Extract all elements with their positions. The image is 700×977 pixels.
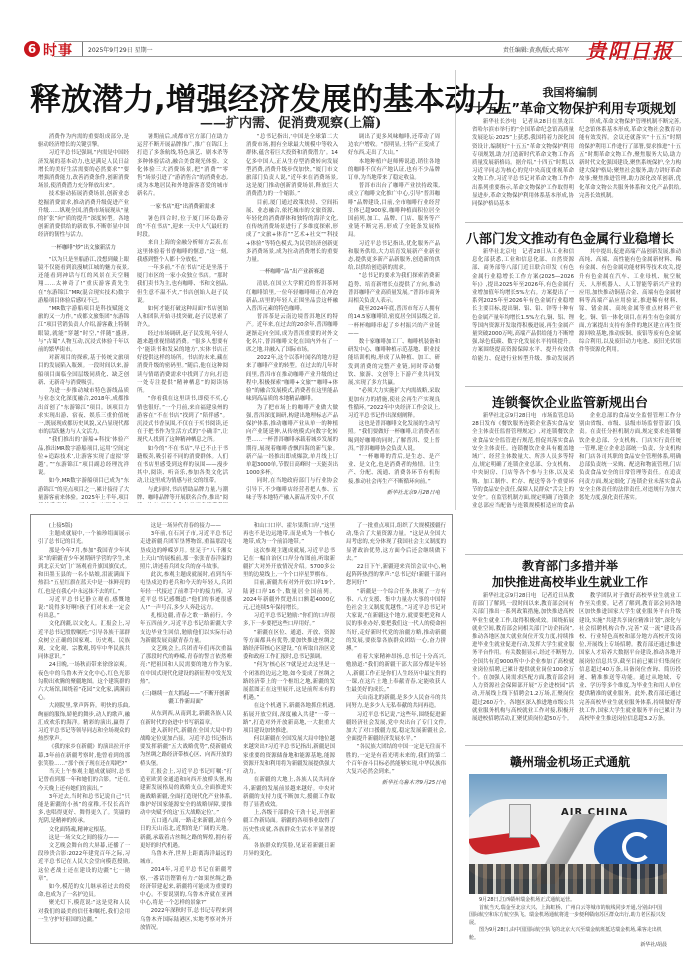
article-paragraph: 何以新疆在全国发展大局中地位越来越突出?习近平总书记指出,新疆是国家重要的资源储… xyxy=(243,735,335,776)
main-article-column-2: 暑期前后,成都市官方部门在助力运营不断开展品牌推广,推广在锦江上打造了多条航线,… xyxy=(137,133,228,503)
article-paragraph: 习近平总书记指出,优化服务产品和服务供给,大力培育发展新产业新业态,提供更多新产… xyxy=(348,240,440,273)
article-divider xyxy=(465,745,683,746)
article-paragraph: 普洱市出台了咖啡产业扶持政策,成立了咖啡文化推广中心,引导“普洱咖啡”品牌建设,… xyxy=(348,182,440,239)
article-paragraph: 各族群众的笑脸,见证着新疆日新月异的变化。 xyxy=(243,842,335,858)
photo-aircraft-door xyxy=(509,804,531,838)
article-subheading: (三)继续一直大抓起——“不断开创新疆工作新局面” xyxy=(140,690,232,706)
article-paragraph: 24日晚,一场秋而带来徐徐凉爽。夜色中的乌鲁木齐文化中心,红色光影勾勒出欢腾的聚… xyxy=(38,661,130,702)
article-paragraph: 教学团队对于做好高校毕业生就业工作至关重要。记者了解到,教育部会同各地区加快推进… xyxy=(579,592,681,723)
article-paragraph: 清晨,在国立大学附近的普洱茶网红咖啡馆里,一位年轻咖啡师正在冲泡新品,店里的年轻… xyxy=(246,280,338,313)
main-article-column-4: 调出了更多风味咖啡,还带动了周边农户增收。“很明显,土特产正变成了好东西,走出了… xyxy=(348,133,440,503)
article-paragraph: 来自上海的金融分析师方芸表,在这里体验着书香咖啡的惬意,“这一刻,我感到整个人都… xyxy=(137,239,228,264)
article-paragraph: 乌鲁木齐,世界上距离海洋最远的城市。 xyxy=(140,850,232,866)
page-number-badge: 6 xyxy=(24,41,40,57)
article-education-column-1: 新华社北京9月28日电 记者近日从教育部门了解到,一段时间以来,教育部会同有关部… xyxy=(472,592,574,737)
main-article-column-1: 消费作为内需的重要组成部分,是驱动经济增长的关键引擎。习近平总书记强调,“内需是… xyxy=(38,133,129,503)
article-paragraph: 天山南北的新疆,是多少人民奋斗的共同努力,是多少人无私奉献的共同再造。 xyxy=(346,694,446,710)
article-paragraph: 新华社北京9月28日电 市场监管总局28日发布《餐饮服务连锁企业落实食品安全主体… xyxy=(472,412,574,510)
article-paragraph: 如今,MR数字游船项目已成为“东游锦江”的亮点项目之一,累计接待了大量游客前来体… xyxy=(38,477,129,503)
article-paragraph: 3年过去,当时和总书记说自己“只能是新疆的小孩”的童稚,不仅长高许多,也唱得更好… xyxy=(38,793,130,826)
editor-credit: 责任编辑:黄燕/版式:陈军 xyxy=(503,45,569,54)
article-paragraph: “以为只是坐船游江,没想到戴上眼镜不仅能看到浪漫峡江城的魅力夜景,还能看到神话与… xyxy=(38,256,129,305)
article-paragraph: 新华社北京电 记者28日从工业和信息化部获悉,工业和信息化部、自然资源部、商务部… xyxy=(472,248,574,363)
article-catering-headline: 连锁餐饮企业监管新规出台 xyxy=(460,392,680,411)
article-paragraph: 与此同时,书店借助品牌力量,与潮牌、咖啡品牌等开展联名合作,推出“阅读+社交”的… xyxy=(137,486,228,503)
main-article-column-3: “总书记指出,‘中国是全球第二大消费市场,拥有全球最大规模中等收入群体,蕴含着巨… xyxy=(246,133,338,503)
article-paragraph: 五口通八面,一路走来新疆,站在今日的天山南北,近期的是广阔的天地。新疆,承载着古… xyxy=(140,817,232,850)
article-heritage-column-1: 新华社长沙电 记者从28日在黑龙江省哈尔滨市举行的“全国革命纪念馆高质量发展论坛… xyxy=(472,118,574,223)
photo-crowd xyxy=(469,864,667,894)
article-paragraph: 习近平总书记勉励:“你们的口岸很多,下一步要把这些口岸用好。” xyxy=(243,612,335,628)
issue-date: 2025年9月29日 星期一 xyxy=(88,45,153,54)
article-paragraph: 对新项目的探索,基于传统文旅项目的发展陷入瓶颈。一段时间以来,游船项目面临全国层… xyxy=(38,354,129,387)
article-divider xyxy=(465,222,683,223)
page-masthead: 6 时事 2025年9月29日 星期一 责任编辑:黄燕/版式:陈军 贵阳日报 G… xyxy=(22,40,682,60)
article-paragraph: “新疆在区位、通道、开放、资源等方面都具有优势,要加快推进丝绸之路经济带核心区建… xyxy=(243,629,335,662)
article-paragraph: 为了把市场上的咖啡产业做大做强,普洱深度调研,构建出地理标志产品保护体系,推动咖… xyxy=(246,404,338,478)
article-paragraph: 汇报会上,习近平总书记叮嘱:“打造亚欧黄金通道和向西开放桥头堡,构建新发展格局的… xyxy=(140,768,232,817)
article-byline: 新华社乌鲁木齐9月25日电 xyxy=(346,779,446,787)
article-paragraph: 2014年,习近平总书记在新疆考察,一番话语铿锵有力:“如果丝绸之路经济带建起来… xyxy=(140,866,232,907)
boxed-article-column-2: 这是一场异代青春的接力——3年前,在石河子市,习近平总书记走进新疆兵团军垦博物馆… xyxy=(140,522,232,938)
article-paragraph: “总书记的要求为我们探索消费新趋势、培育新增长点提供了方向,推动普洱咖啡产业高质… xyxy=(348,272,440,305)
article-paragraph: 这是一场父女之间的接力—— xyxy=(38,834,130,842)
article-paragraph: 截至2024年底,普洱市每万人拥有的14.5家咖啡馆,密度居全国县级之首,一杯杯… xyxy=(348,305,440,338)
article-paragraph: 如何才能打破这种局面?书店创始人和团队开始寻找突破,赵子民思索了许久。 xyxy=(137,305,228,330)
boxed-article-column-4: 了一批重点项目,组织了大规模援疆行动,集合了大量资源力量。“这是从全国大局考虑的… xyxy=(346,522,446,938)
article-paragraph: 企业总部的食品安全监督管理工作分别由省级、市级、县级市场监督管部门负责。在责任分… xyxy=(579,412,681,502)
article-paragraph: 此次,参观主题成就展时,看到当年屯垦戍边的老兵和今天的年轻人,兵团年轻一代接过了… xyxy=(140,571,232,612)
article-paragraph: “各民族大团结的中国一定是无往而不胜的,一定是有着光明未来的,我们的第二个百年奋… xyxy=(346,743,446,776)
article-heritage-column-2: 形成,革命文物保护管理机制不断完善,纪念馆体系基本形成,革命文物社会教育功能有效… xyxy=(579,118,681,223)
article-education-headline-line2: 加快推进高校毕业生就业工作 xyxy=(460,573,680,590)
article-paragraph: 主题成就展中,一个袖珍绢面展示引了总书记的目光。 xyxy=(38,530,130,546)
article-metals-column-1: 新华社北京电 记者28日从工业和信息化部获悉,工业和信息化部、自然资源部、商务部… xyxy=(472,248,574,363)
article-paragraph: “必须大力实施扩大内需战略,采取更加有力的措施,使社会再生产实现良性循环。”20… xyxy=(348,387,440,420)
main-subheadline: ——扩内需、促消费观察(上篇) xyxy=(200,112,381,131)
article-paragraph: 新华社长沙电 记者从28日在黑龙江省哈尔滨市举行的“全国革命纪念馆高质量发展论坛… xyxy=(472,118,574,208)
article-paragraph: “新疆是一个综合任务,体现了一方有事、八方支援、集中力量办大事的中国特色社会主义… xyxy=(346,588,446,654)
article-paragraph: 当天上午参观主题成就展时,总书记曾看到那一年和她们的合影。“还在,今天晚上还有她… xyxy=(38,768,130,793)
article-paragraph: (上接5版) xyxy=(38,522,130,530)
article-paragraph: 如今,模范的女儿继承着过去的使命,也成为了一名护边员。 xyxy=(38,883,130,899)
article-paragraph: 扎根边疆,青春之歌一路前行。今年五四前夕,习近平总书记给新疆大学支边毕业生回信,… xyxy=(140,612,232,645)
article-paragraph: 文艺晚会上,兵团青年们再次重温了那段时代的峥嵘,青春的誓言依然嘹亮:“把祖国和人… xyxy=(140,645,232,686)
article-paragraph: 看着大家精神昂扬,总书记十分高兴,勉励道:“我们的新疆干部大部分都是年轻人,新疆… xyxy=(346,653,446,694)
article-byline: 新华社北京9月28日电 xyxy=(348,489,440,497)
article-paragraph: 本地种植户赵师傅说道,销往各地的咖啡不仅有产地认证,也有不少品牌订单,为当地带来… xyxy=(348,158,440,183)
article-divider xyxy=(465,386,683,387)
article-paragraph: 这次参观主题成就展,习近平总书记在一幅自治区口岸分布图前,听取新疆扩大对外开放情… xyxy=(243,547,335,580)
photo-caption: 9月28日,江西赣州瑞金机场正式通航运营。 首航当天,瑞金至北京大兴、上海虹桥、… xyxy=(469,897,667,950)
article-paragraph: 大剧院里,掌声阵阵。明快的乐曲,绚丽的服饰,娇艳的舞步,动人的歌声,融汇成欢乐的… xyxy=(38,702,130,743)
article-paragraph: 消费作为内需的重要组成部分,是驱动经济增长的关键引擎。 xyxy=(38,133,129,149)
article-paragraph: 在新疆的大地上,各族人民共同奋斗,新疆的发展前景越来越好。中央对新疆的支持力度不… xyxy=(243,776,335,809)
article-paragraph: 一年多前,“不在书店”还是坐落于厦门市区的一家小众独立书店。“那时我们卖书为主,… xyxy=(137,264,228,305)
article-metals-column-2: 其中提出,促进高端产品创新发展,推动高纯、高端、高性能有色金属新材料、稀有金属、… xyxy=(579,248,681,363)
article-paragraph: “你看我在这里读书,即使不买,心情也很好。”一个月前,来自福建泉州的游客在“不在… xyxy=(137,395,228,444)
article-paragraph: 3年前,在石河子市,习近平总书记走进新疆兵团军垦博物馆,重温那段屯垦戍边的峥嵘岁… xyxy=(140,530,232,571)
article-education-headline-line1: 教育部门多措并举 xyxy=(470,557,670,574)
article-paragraph: 这也是普洱咖啡文化发展的生动写照。“我们要做好一杯咖啡,让消费者在喝到好咖啡的同… xyxy=(348,420,440,453)
boxed-article-column-3: 和山口口岸、霍尔果斯口岸,“这里再也不是边远地带,而是成为一个核心地带,成为一个… xyxy=(243,522,335,938)
article-paragraph: “我们推出的‘游船+科技’体验产品,推出MR数字游船项目,运用‘空间定位+追踪技… xyxy=(38,436,129,477)
article-paragraph: 上,各级干部群众干劲十足,开创新疆工作新局面。新疆的各项事业取得了历史性成就,各… xyxy=(243,809,335,842)
article-paragraph: 2022年深秋时节,总书记专程来到乌鲁木齐国际陆港区,实地考察对外开放情况。 xyxy=(140,907,232,932)
article-paragraph: 调出了更多风味咖啡,还带动了周边农户增收。“很明显,土特产正变成了好东西,走出了… xyxy=(348,133,440,158)
article-paragraph: 进入新时代,新疆在全国大局中的战略定位更加凸显。习近平总书记指出要发挥新疆“五大… xyxy=(140,727,232,768)
photo-credit: 新华社/胡晨 xyxy=(469,942,667,950)
article-paragraph: 目前,厦门通过政策扶持、空间拓展、业态融合,依托城市的文旅资源、年轻化的消费群体… xyxy=(246,199,338,265)
boxed-article-column-1: (上接5版)主题成就展中,一个袖珍绢面展示引了总书记的目光。那是今年7月,参加“… xyxy=(38,522,130,938)
caption-line: 首航当天,瑞金至北京大兴、上海虹桥、广州白云等城市的航线同步开通,分别由中国国际… xyxy=(469,905,667,928)
article-paragraph: 2022年,这个以茶叶闻名的地方迎来了咖啡产业的转型。在过去的几年时间里,普洱市… xyxy=(246,354,338,403)
article-catering-column-2: 企业总部的食品安全监督管理工作分别由省级、市级、县级市场监督管部门负责。在责任分… xyxy=(579,412,681,510)
article-paragraph: 经过市场调研,赵子民发现,年轻人越来越重视情绪消费。“很多人想要有个‘能读书和发… xyxy=(137,330,228,396)
article-paragraph: 为进一步推动城市特色游线品质与业态文化深度融合,2018年,成都推出首创了“东游… xyxy=(38,387,129,436)
article-paragraph: 习近平总书记强调,“内需是中国经济发展的基本动力,也是满足人民日益增长的美好生活… xyxy=(38,149,129,190)
newspaper-logo-subtitle: GUIYANG DAILY xyxy=(622,57,658,61)
article-paragraph: 新华社北京9月28日电 记者近日从教育部门了解到,一段时间以来,教育部会同有关部… xyxy=(472,592,574,723)
article-paragraph: 《我的家乡在新疆》的演出拉开序幕,3年前在新疆考察时,他曾看到的那张笑脸……“那… xyxy=(38,743,130,768)
article-paragraph: 了一批重点项目,组织了大规模援疆行动,集合了大量资源力量。“这是从全国大局考虑的… xyxy=(346,522,446,563)
article-paragraph: 文化面铸魂,精神定根基。 xyxy=(38,826,130,834)
article-paragraph: 暑期前后,成都市官方部门在助力运营不断开展品牌推广,推广在锦江上打造了多条航线,… xyxy=(137,133,228,199)
column-divider xyxy=(455,70,456,510)
article-subheading: 一杯咖啡“炒”出文旅新活力 xyxy=(38,244,129,252)
article-paragraph: 暑色四合时,位于厦门环岛路旁的“不在书店”,迎来一天中人气最旺的时段。 xyxy=(137,215,228,240)
article-paragraph: 目前,新疆共有对外开放口岸19个,陆港口岸16个,数量居全国前列。2024年新疆… xyxy=(243,579,335,612)
article-paragraph: 22日下午,新疆迎来宾馆会议中心,响起阵阵热烈的掌声:“总书记好!新疆干部向您问… xyxy=(346,563,446,588)
masthead-separator xyxy=(82,42,83,56)
article-paragraph: 文化润疆,以文化人。汇报会上,习近平总书记殷殷嘱托:“引导各族干部群众树立正确的… xyxy=(38,620,130,661)
article-paragraph: “一杯咖啡的背后,是生态、是产业、是文化,也是消费者的热情。让生产、分配、流通、… xyxy=(348,453,440,486)
article-paragraph: 形成,革命文物保护管理机制不断完善,纪念馆体系基本形成,革命文物社会教育功能有效… xyxy=(579,118,681,200)
article-paragraph: 如今的“不在书店”,早已不止于书籍贩卖,吸引着不同的消费群体。人们在书店里感受到… xyxy=(137,445,228,486)
article-paragraph: 习近平总书记说,“这些年,围绕促进新疆经济社会发展,党中央出台了专门文件,加大了… xyxy=(346,711,446,744)
article-paragraph: 习近平总书记静立观看,感慨地说:“说得多好啊!孩子们对未来一定会有出息。” xyxy=(38,596,130,621)
caption-line: 图为9月28日,由中国国际航空执飞的北京大兴至瑞金航班抵达瑞金机场,乘客走出机舱… xyxy=(469,927,667,942)
article-paragraph: 技术驱动拓展消费场景,创新业态挖掘消费需求,推动消费升级促进产业升级……纵观全国… xyxy=(38,190,129,239)
article-subheading: 一家书店“逛”出消费新需求 xyxy=(137,203,228,211)
article-airport-headline: 赣州瑞金机场正式通航 xyxy=(460,753,680,770)
caption-line: 9月28日,江西赣州瑞金机场正式通航运营。 xyxy=(469,897,667,905)
article-heritage-headline-line2: “十五五”革命文物保护利用专项规划 xyxy=(460,98,680,117)
article-subheading: 一杯咖啡“品”出产业新赛道 xyxy=(246,268,338,276)
article-catering-column-1: 新华社北京9月28日电 市场监管总局28日发布《餐饮服务连锁企业落实食品安全主体… xyxy=(472,412,574,510)
article-paragraph: 文艺晚会舞台的大屏幕,还播了一段珍贵合影:2022年建党百年之际,习近平总书记在… xyxy=(38,842,130,883)
article-paragraph: 和山口口岸、霍尔果斯口岸,“这里再也不是边远地带,而是成为一个核心地带,成为一个… xyxy=(243,522,335,547)
airport-photo: AIR CHINA xyxy=(469,774,667,894)
article-paragraph: “总书记指出,‘中国是全球第二大消费市场,拥有全球最大规模中等收入群体,蕴含着巨… xyxy=(246,133,338,199)
photo-aircraft-logo-swirl xyxy=(622,832,652,862)
article-paragraph: 从东到西,从南到北,新疆各族人民在新时代的奋进中书写新篇章。 xyxy=(140,710,232,726)
article-paragraph: 同时,在当地政府部门与行业协会引导下,不少咖啡店经营者把人参、五味子等本地特产融… xyxy=(246,477,338,502)
article-paragraph: 在这个机遇下,新疆各地抓住机遇,拓展开放空间,深度融入共建“一带一路”,打造对外… xyxy=(243,702,335,735)
article-paragraph: “何为‘核心区’?就是过去这里是一个闭塞的边远之地,如今变成了丝绸之路经济带上的… xyxy=(243,661,335,702)
article-paragraph: “MR数字游船项目是科技赋能文旅的又一力作。”成都文旅集团“东游锦江”项目营销负… xyxy=(38,305,129,354)
article-paragraph: 聚光灯下,模范说:“这是党和人民对我们的最美的信任和嘱托,我们会用一生守护好祖国… xyxy=(38,899,130,924)
article-paragraph: 数十家咖啡加工厂、咖啡机装备和研发中心、咖啡种植示范基地、职业技能培训机构,形成… xyxy=(348,338,440,387)
article-metals-headline: 八部门发文推动有色金属行业稳增长 xyxy=(460,228,680,247)
article-paragraph: 普洱茶是云南边境普洱地区的特产。近年来,在过去的20余年,普洱咖啡逐渐走向全国,… xyxy=(246,313,338,354)
article-divider xyxy=(465,554,683,555)
article-paragraph: 那是今年7月,参加“我国青少年风采”的新疆青少年暑期研学营的学生,来到北京天安门… xyxy=(38,547,130,596)
section-name: 时事 xyxy=(43,40,73,60)
article-paragraph: 这是一场异代青春的接力—— xyxy=(140,522,232,530)
article-paragraph: 其中提出,促进高端产品创新发展,推动高纯、高端、高性能有色金属新材料、稀有金属、… xyxy=(579,248,681,355)
article-education-column-2: 教学团队对于做好高校毕业生就业工作至关重要。记者了解到,教育部会同各地区加快推进… xyxy=(579,592,681,737)
